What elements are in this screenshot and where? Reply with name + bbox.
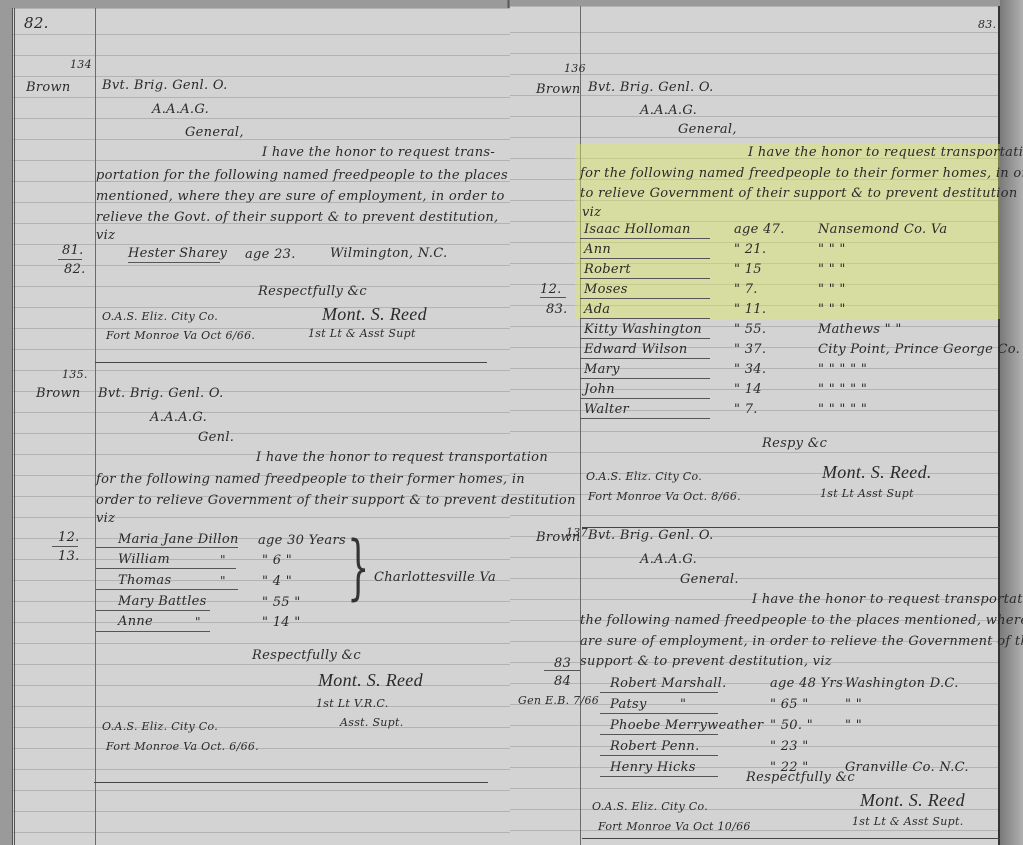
person-name: Isaac Holloman — [584, 222, 691, 237]
folio-number: 83 — [554, 656, 571, 671]
name-underline — [96, 547, 238, 548]
person-destination: Mathews " " — [818, 322, 902, 337]
margin-note: Brown — [26, 80, 71, 95]
margin-note: Brown — [36, 386, 81, 401]
person-destination: City Point, Prince George Co. Va — [818, 342, 1023, 357]
signature-title: 1st Lt & Asst Supt — [308, 327, 416, 340]
folio-number: 82. — [64, 262, 86, 277]
station-line: Fort Monroe Va Oct 10/66 — [598, 820, 751, 833]
person-age: age 48 Yrs — [770, 676, 843, 691]
person-age: " 7. — [734, 282, 758, 297]
signature: Mont. S. Reed — [322, 304, 427, 325]
person-age: " 37. — [734, 342, 766, 357]
signature-title: 1st Lt Asst Supt — [820, 487, 914, 500]
person-destination: " " — [845, 697, 862, 712]
letter-body-line: I have the honor to request transportati… — [752, 592, 1023, 607]
margin-note: Brown — [536, 82, 581, 97]
folio-number: 13. — [58, 549, 80, 564]
ditto-mark: " — [220, 574, 226, 588]
folio-number: 84 — [554, 674, 571, 689]
person-destination: " " " — [818, 302, 846, 317]
person-destination: " " — [845, 718, 862, 733]
person-name: Robert Marshall. — [610, 676, 727, 691]
signature: Mont. S. Reed — [860, 790, 965, 811]
letter-body-line: viz — [96, 228, 115, 243]
person-name: Maria Jane Dillon — [118, 532, 239, 547]
salutation-line: Genl. — [198, 430, 234, 445]
name-underline — [600, 776, 718, 777]
name-underline — [600, 755, 718, 756]
person-name: William — [118, 552, 170, 567]
ditto-mark: " — [680, 697, 686, 712]
name-underline — [580, 398, 710, 399]
letter-body-line: support & to prevent destitution, viz — [580, 654, 832, 669]
station-line: Fort Monroe Va Oct. 8/66. — [588, 490, 741, 503]
salutation-line: A.A.A.G. — [152, 102, 209, 117]
entry-divider — [94, 782, 488, 783]
salutation-line: A.A.A.G. — [640, 552, 697, 567]
margin-rule — [580, 6, 581, 845]
signature-title: 1st Lt V.R.C. — [316, 697, 389, 710]
person-destination: Washington D.C. — [845, 676, 959, 691]
person-age: age 30 Years — [258, 533, 346, 548]
person-destination: Granville Co. N.C. — [845, 760, 969, 775]
signature-title: 1st Lt & Asst Supt. — [852, 815, 964, 828]
name-underline — [580, 318, 710, 319]
signature: Mont. S. Reed — [318, 670, 423, 691]
person-age: " 23 " — [770, 739, 809, 754]
closing: Respectfully &c — [252, 648, 361, 663]
name-underline — [600, 713, 718, 714]
name-underline — [580, 278, 710, 279]
ditto-mark: " — [195, 615, 201, 629]
letter-body-line: to relieve Government of their support &… — [580, 186, 1018, 201]
person-age: " 50. " — [770, 718, 813, 733]
person-age: " 34. — [734, 362, 766, 377]
letter-body-line: relieve the Govt. of their support & to … — [96, 210, 498, 225]
person-destination: " " " — [818, 262, 846, 277]
name-underline — [580, 378, 710, 379]
person-name: Mary — [584, 362, 620, 377]
name-underline — [600, 734, 718, 735]
letter-body-line: viz — [582, 205, 601, 220]
station-line: O.A.S. Eliz. City Co. — [102, 310, 218, 323]
person-name: Hester Sharey — [128, 246, 227, 261]
person-name: Moses — [584, 282, 628, 297]
name-underline — [580, 298, 710, 299]
closing: Respectfully &c — [258, 284, 367, 299]
folio-number: 81. — [62, 243, 84, 258]
person-name: Mary Battles — [118, 594, 207, 609]
salutation-line: A.A.A.G. — [640, 103, 697, 118]
name-underline — [600, 692, 718, 693]
letter-body-line: I have the honor to request trans- — [262, 145, 495, 160]
name-underline — [96, 589, 238, 590]
person-name: John — [584, 382, 615, 397]
entry-divider — [95, 362, 487, 363]
person-destination: Nansemond Co. Va — [818, 222, 947, 237]
person-name: Walter — [584, 402, 629, 417]
name-underline — [580, 258, 710, 259]
letter-number: 135. — [62, 368, 88, 381]
folio-divider — [544, 670, 580, 671]
letter-body-line: for the following named freedpeople to t… — [580, 166, 1023, 181]
closing: Respectfully &c — [746, 770, 855, 785]
person-destination: Wilmington, N.C. — [330, 246, 447, 261]
station-line: O.A.S. Eliz. City Co. — [586, 470, 702, 483]
name-underline — [580, 358, 710, 359]
group-destination: Charlottesville Va — [374, 570, 496, 585]
salutation-line: General, — [678, 122, 737, 137]
person-name: Ada — [584, 302, 610, 317]
page-number: 82. — [24, 14, 49, 32]
salutation-line: Bvt. Brig. Genl. O. — [588, 528, 714, 543]
folio-divider — [540, 297, 566, 298]
salutation-line: A.A.A.G. — [150, 410, 207, 425]
left-page — [12, 8, 511, 845]
letter-number: 134 — [70, 58, 92, 71]
margin-note: Gen E.B. 7/66 — [518, 694, 599, 707]
name-underline — [128, 262, 220, 263]
person-age: " 14 — [734, 382, 762, 397]
station-line: Fort Monroe Va Oct 6/66. — [106, 329, 255, 342]
folio-number: 12. — [58, 530, 80, 545]
person-destination: " " " " " — [818, 382, 867, 397]
person-age: " 65 " — [770, 697, 809, 712]
closing: Respy &c — [762, 436, 827, 451]
person-name: Robert — [584, 262, 631, 277]
name-underline — [580, 338, 710, 339]
name-underline — [96, 568, 236, 569]
salutation-line: General, — [185, 125, 244, 140]
folio-number: 83. — [546, 302, 568, 317]
ditto-mark: " — [220, 553, 226, 567]
signature-title: Asst. Supt. — [340, 716, 404, 729]
person-name: Phoebe Merryweather — [610, 718, 763, 733]
grouping-brace: } — [347, 526, 369, 608]
person-name: Robert Penn. — [610, 739, 700, 754]
person-name: Patsy — [610, 697, 647, 712]
folio-divider — [58, 259, 82, 260]
letter-body-line: for the following named freedpeople to t… — [96, 472, 525, 487]
person-destination: " " " — [818, 282, 846, 297]
person-age: " 4 " — [262, 574, 292, 589]
person-age: " 21. — [734, 242, 766, 257]
person-destination: " " " " " — [818, 362, 867, 377]
name-underline — [580, 418, 710, 419]
name-underline — [96, 631, 210, 632]
person-destination: " " " " " — [818, 402, 867, 417]
person-destination: " " " — [818, 242, 846, 257]
signature: Mont. S. Reed. — [822, 462, 932, 483]
letter-body-line: I have the honor to request transportati… — [256, 450, 548, 465]
station-line: Fort Monroe Va Oct. 6/66. — [106, 740, 259, 753]
ledger-book: 82. 134 Brown Bvt. Brig. Genl. O. A.A.A.… — [0, 0, 1023, 845]
person-age: " 6 " — [262, 553, 292, 568]
page-edge-shadow — [1000, 0, 1023, 845]
station-line: O.A.S. Eliz. City Co. — [102, 720, 218, 733]
margin-rule — [95, 8, 96, 845]
letter-body-line: are sure of employment, in order to reli… — [580, 634, 1023, 649]
salutation-line: General. — [680, 572, 739, 587]
salutation-line: Bvt. Brig. Genl. O. — [102, 78, 228, 93]
page-number: 83. — [978, 18, 996, 31]
person-age: " 55. — [734, 322, 766, 337]
folio-divider — [52, 546, 78, 547]
salutation-line: Bvt. Brig. Genl. O. — [588, 80, 714, 95]
person-name: Ann — [584, 242, 611, 257]
person-age: " 15 — [734, 262, 762, 277]
name-underline — [580, 238, 710, 239]
person-age: age 23. — [245, 247, 296, 262]
letter-body-line: viz — [96, 511, 115, 526]
person-name: Henry Hicks — [610, 760, 696, 775]
person-age: " 55 " — [262, 595, 301, 610]
letter-body-line: the following named freedpeople to the p… — [580, 613, 1023, 628]
salutation-line: Bvt. Brig. Genl. O. — [98, 386, 224, 401]
letter-body-line: I have the honor to request transportati… — [748, 145, 1023, 160]
person-name: Edward Wilson — [584, 342, 688, 357]
letter-body-line: order to relieve Government of their sup… — [96, 493, 576, 508]
person-age: " 11. — [734, 302, 766, 317]
station-line: O.A.S. Eliz. City Co. — [592, 800, 708, 813]
letter-number: 136 — [564, 62, 586, 75]
person-name: Anne — [118, 614, 153, 629]
person-name: Thomas — [118, 573, 171, 588]
letter-number: 137 — [566, 526, 588, 539]
person-age: " 7. — [734, 402, 758, 417]
person-age: age 47. — [734, 222, 785, 237]
person-name: Kitty Washington — [584, 322, 702, 337]
person-age: " 14 " — [262, 615, 301, 630]
letter-body-line: portation for the following named freedp… — [96, 168, 508, 183]
letter-body-line: mentioned, where they are sure of employ… — [96, 189, 505, 204]
folio-number: 12. — [540, 282, 562, 297]
name-underline — [96, 610, 210, 611]
entry-divider — [582, 838, 1000, 839]
